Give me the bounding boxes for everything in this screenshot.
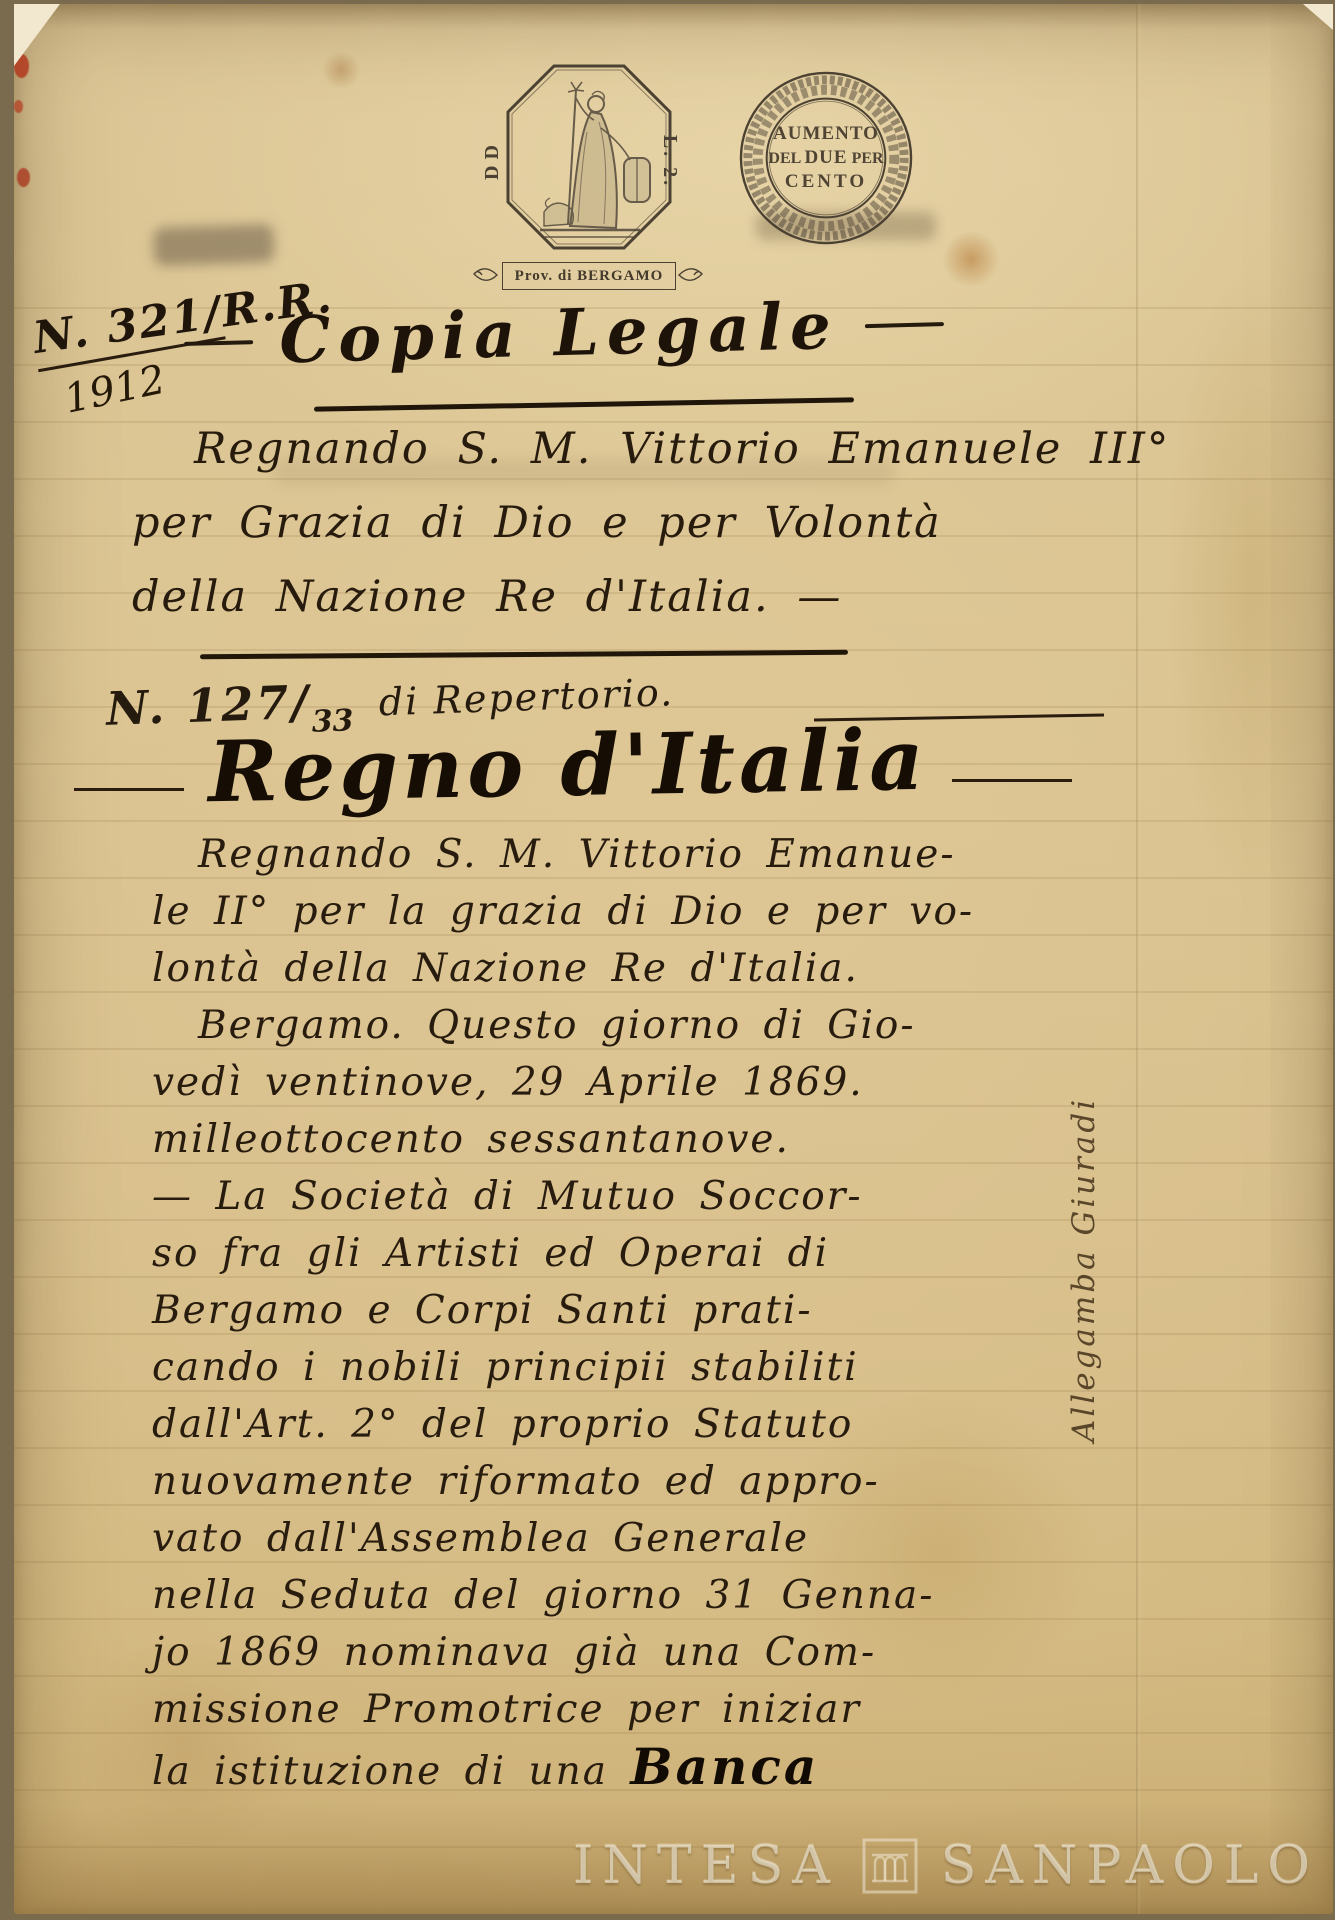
manuscript-line: le II° per la grazia di Dio e per vo- (152, 883, 1082, 940)
manuscript-line: — La Società di Mutuo Soccor- (152, 1168, 1082, 1225)
document-heading: Regno d'Italia (207, 710, 928, 822)
allegory-figure-icon (504, 62, 674, 252)
title-dash-left (184, 340, 253, 346)
stamp-text-line2: DEL DUE PER (768, 146, 883, 170)
manuscript-line: Regnando S. M. Vittorio Emanue- (152, 826, 1082, 883)
leaf-flourish-icon (472, 264, 498, 286)
watermark-sanpaolo: SANPAOLO (941, 1836, 1319, 1896)
preamble-line: Regnando S. M. Vittorio Emanuele III° (132, 412, 1112, 486)
circular-tax-stamp: AUMENTO DEL DUE PER CENTO (737, 69, 915, 247)
manuscript-line: jo 1869 nominava già una Com- (152, 1624, 1082, 1681)
stamp-letters-left: DD (481, 139, 504, 180)
preamble-line: per Grazia di Dio e per Volontà (132, 486, 1112, 560)
manuscript-line: nuovamente riformato ed appro- (152, 1453, 1082, 1510)
document-photo: DD L. 2. AUMENTO DEL DUE PER CENTO Prov.… (0, 0, 1335, 1920)
body-text: Regnando S. M. Vittorio Emanue- le II° p… (152, 826, 1082, 1800)
red-speck (14, 100, 23, 113)
vertical-signature: Allegamba Giuradi (1066, 942, 1102, 1442)
manuscript-line-last: la istituzione di una Banca (152, 1738, 1082, 1800)
manuscript-line: vato dall'Assemblea Generale (152, 1510, 1082, 1567)
manuscript-line: dall'Art. 2° del proprio Statuto (152, 1396, 1082, 1453)
manuscript-line: missione Promotrice per iniziar (152, 1681, 1082, 1738)
stamp-text-per: PER (852, 150, 884, 167)
torn-corner (14, 4, 60, 66)
manuscript-line: cando i nobili principii stabiliti (152, 1339, 1082, 1396)
red-speck (17, 168, 30, 187)
manuscript-line: so fra gli Artisti ed Operai di (152, 1225, 1082, 1282)
heading-dash-right (952, 779, 1072, 782)
stamp-text-line1: AUMENTO (773, 122, 879, 146)
stamp-text-del: DEL (768, 150, 800, 167)
octagonal-revenue-stamp: DD L. 2. (504, 62, 674, 252)
manuscript-line: vedì ventinove, 29 Aprile 1869. (152, 1054, 1082, 1111)
stamp-text-due: DUE (804, 147, 847, 168)
archive-watermark: INTESA SANPAOLO (573, 1836, 1319, 1896)
manuscript-line: Bergamo. Questo giorno di Gio- (152, 997, 1082, 1054)
title-dash-right (865, 322, 944, 328)
bank-logo-icon (861, 1837, 919, 1895)
manuscript-line: la istituzione di una (152, 1749, 608, 1794)
manuscript-line: nella Seduta del giorno 31 Genna- (152, 1567, 1082, 1624)
leaf-flourish-icon (678, 264, 704, 286)
paper-edge-shadow-top (14, 4, 1333, 30)
manuscript-line: Bergamo e Corpi Santi prati- (152, 1282, 1082, 1339)
paper-crease (1136, 4, 1140, 1914)
emphasis-word: Banca (630, 1737, 819, 1796)
manuscript-line: milleottocento sessantanove. (152, 1111, 1082, 1168)
stamp-text-line3: CENTO (785, 170, 867, 194)
preamble-block: Regnando S. M. Vittorio Emanuele III° pe… (132, 412, 1112, 634)
heading-row: Regno d'Italia (74, 716, 1174, 815)
preamble-line: della Nazione Re d'Italia. — (132, 560, 1112, 634)
stamp-denomination: L. 2. (658, 135, 681, 188)
watermark-intesa: INTESA (573, 1836, 839, 1896)
province-label-box: Prov. di BERGAMO (502, 262, 676, 290)
page-title: Copia Legale (278, 289, 839, 379)
heading-dash-left (74, 788, 184, 791)
manuscript-page: DD L. 2. AUMENTO DEL DUE PER CENTO Prov.… (14, 4, 1333, 1914)
paper-stain (319, 50, 363, 90)
ink-bleedthrough (153, 224, 274, 266)
manuscript-line: lontà della Nazione Re d'Italia. (152, 940, 1082, 997)
